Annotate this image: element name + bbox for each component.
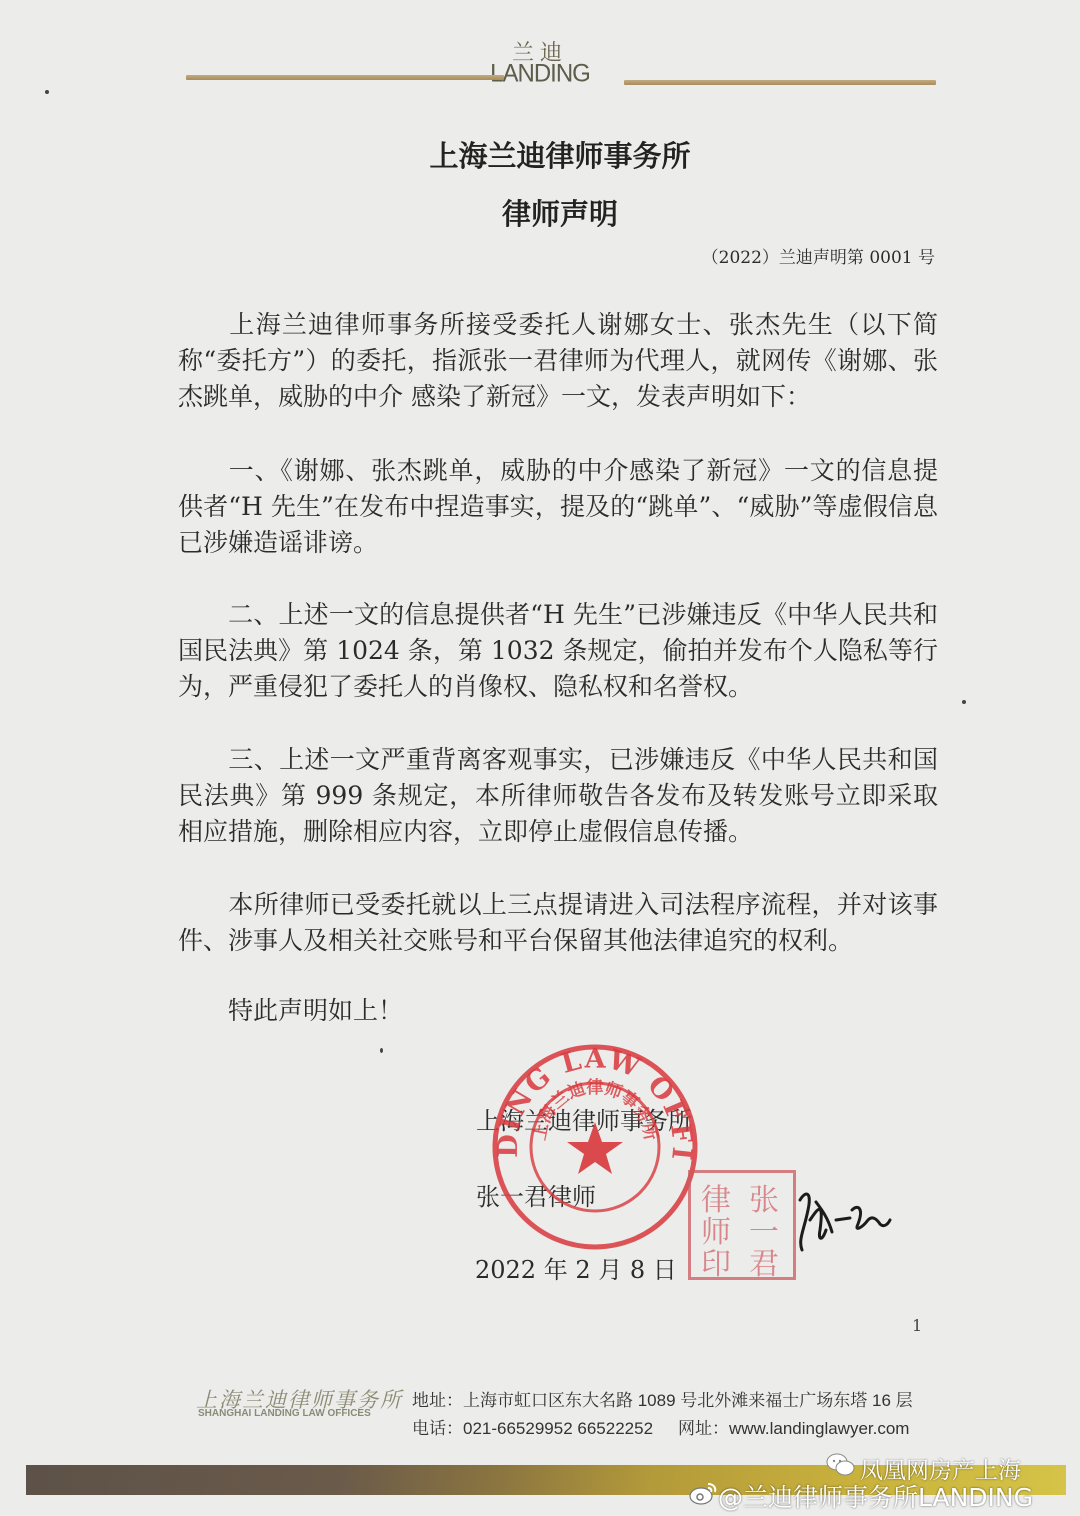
- scan-speck: [962, 700, 966, 704]
- header-rule-left: [186, 75, 504, 80]
- paragraph-point-3: 三、上述一文严重背离客观事实，已涉嫌违反《中华人民共和国民法典》第 999 条规…: [178, 742, 938, 850]
- handwritten-signature-icon: [792, 1180, 892, 1260]
- scan-speck: [45, 90, 49, 94]
- paragraph-point-2: 二、上述一文的信息提供者“H 先生”已涉嫌违反《中华人民共和国民法典》第 102…: [178, 597, 938, 705]
- watermark-weibo: @兰迪律师事务所LANDING: [718, 1478, 1033, 1514]
- paragraph-closing: 特此声明如上！: [178, 993, 938, 1029]
- document-title: 律师声明: [0, 192, 1080, 233]
- paragraph-intro: 上海兰迪律师事务所接受委托人谢娜女士、张杰先生（以下简称“委托方”）的委托，指派…: [178, 307, 938, 415]
- firm-seal-stamp-icon: LANDING LAW OFFICES 上海兰迪律师事务所: [490, 1042, 700, 1252]
- paragraph-reservation: 本所律师已受委托就以上三点提请进入司法程序流程，并对该事件、涉事人及相关社交账号…: [178, 887, 938, 959]
- footer-phone: 电话：021-66529952 66522252: [412, 1414, 653, 1439]
- document-number: （2022）兰迪声明第 0001 号: [702, 243, 935, 268]
- footer-logo-english: SHANGHAI LANDING LAW OFFICES: [198, 1408, 371, 1419]
- footer-website: 网址：www.landinglawyer.com: [678, 1414, 909, 1439]
- page-number: 1: [912, 1316, 922, 1335]
- wechat-icon: [826, 1452, 856, 1478]
- seal-char: 印: [701, 1239, 731, 1283]
- seal-char: 君: [749, 1239, 779, 1283]
- paragraph-point-1: 一、《谢娜、张杰跳单，威胁的中介感染了新冠》一文的信息提供者“H 先生”在发布中…: [178, 453, 938, 561]
- lawyer-seal-stamp: 律 师 印 张 一 君: [688, 1170, 796, 1280]
- footer-address: 地址：上海市虹口区东大名路 1089 号北外滩来福士广场东塔 16 层: [412, 1386, 913, 1411]
- firm-title: 上海兰迪律师事务所: [0, 134, 1080, 175]
- header-rule-right: [624, 80, 936, 85]
- scan-speck: [380, 1048, 383, 1053]
- weibo-icon: [688, 1480, 718, 1506]
- signature-date: 2022 年 2 月 8 日: [475, 1250, 677, 1285]
